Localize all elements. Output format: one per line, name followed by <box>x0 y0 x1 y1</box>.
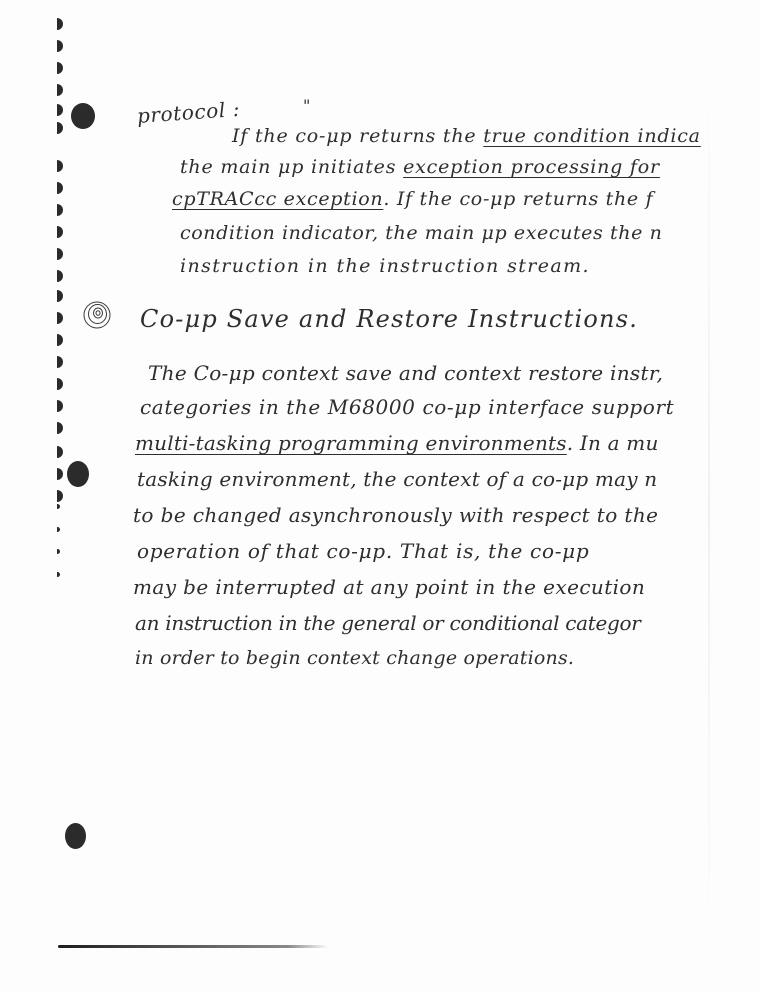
perforation-mark <box>57 422 63 434</box>
perforation-mark <box>57 62 63 74</box>
perforation-mark <box>57 549 60 554</box>
text-segment: an instruction in the general or conditi… <box>135 611 641 635</box>
text-segment: The Co-μp context save and context resto… <box>148 361 663 385</box>
perforation-mark <box>57 182 63 194</box>
section-heading: Co-μp Save and Restore Instructions. <box>140 305 638 333</box>
hole-punch-bottom <box>65 823 86 849</box>
perforation-mark <box>57 400 63 412</box>
underlined-phrase: multi-tasking programming environments <box>135 431 567 455</box>
text-segment: categories in the M68000 co-μp interface… <box>140 395 674 419</box>
spiral-circle-bullet-icon <box>82 300 112 330</box>
text-segment: may be interrupted at any point in the e… <box>133 575 645 599</box>
text-segment: . If the co-μp returns the f <box>383 188 653 210</box>
perforation-mark <box>57 468 63 480</box>
perforation-mark <box>57 270 63 282</box>
perforation-mark <box>57 446 63 458</box>
handwritten-line: condition indicator, the main μp execute… <box>180 222 662 244</box>
perforation-mark <box>57 204 63 216</box>
text-segment: tasking environment, the context of a co… <box>137 467 657 491</box>
handwritten-line: cpTRACcc exception. If the co-μp returns… <box>172 188 653 210</box>
handwritten-line: multi-tasking programming environments. … <box>135 431 659 455</box>
perforation-mark <box>57 290 63 302</box>
text-segment: the main μp initiates <box>180 156 403 178</box>
handwritten-line: may be interrupted at any point in the e… <box>133 575 645 599</box>
handwritten-line: If the co-μp returns the true condition … <box>232 125 701 147</box>
handwritten-line: in order to begin context change operati… <box>135 647 574 669</box>
bottom-margin-line <box>58 945 328 948</box>
perforation-mark <box>57 378 63 390</box>
perforation-mark <box>57 104 63 116</box>
ditto-mark: " <box>303 96 311 115</box>
handwritten-line: instruction in the instruction stream. <box>180 255 590 277</box>
perforation-mark <box>57 40 63 52</box>
perforation-mark <box>57 248 63 260</box>
perforation-mark <box>57 122 63 134</box>
underlined-phrase: true condition indica <box>483 125 701 147</box>
handwritten-line: categories in the M68000 co-μp interface… <box>140 395 674 419</box>
perforation-mark <box>57 84 63 96</box>
perforation-mark <box>57 312 63 324</box>
handwritten-line: operation of that co-μp. That is, the co… <box>137 539 589 563</box>
handwritten-line: to be changed asynchronously with respec… <box>133 503 658 527</box>
perforation-mark <box>57 504 60 509</box>
perforation-mark <box>57 356 63 368</box>
perforation-mark <box>57 527 60 532</box>
handwritten-line: an instruction in the general or conditi… <box>135 611 641 635</box>
underlined-phrase: exception processing for <box>403 156 660 178</box>
perforation-mark <box>57 334 63 346</box>
hole-punch-middle <box>67 461 89 487</box>
perforation-mark <box>57 572 60 577</box>
text-segment: condition indicator, the main μp execute… <box>180 222 662 244</box>
notebook-page: protocol : " If the co-μp returns the tr… <box>0 0 760 991</box>
underlined-phrase: cpTRACcc exception <box>172 188 383 210</box>
handwritten-line: The Co-μp context save and context resto… <box>148 361 663 385</box>
text-segment: . In a mu <box>567 431 659 455</box>
text-segment: If the co-μp returns the <box>232 125 483 147</box>
text-segment: operation of that co-μp. That is, the co… <box>137 539 589 563</box>
text-segment: in order to begin context change operati… <box>135 647 574 669</box>
protocol-label: protocol : <box>136 97 241 128</box>
handwritten-line: tasking environment, the context of a co… <box>137 467 657 491</box>
perforation-mark <box>57 160 63 172</box>
perforation-mark <box>57 226 63 238</box>
scan-shadow <box>708 60 710 960</box>
text-segment: to be changed asynchronously with respec… <box>133 503 658 527</box>
text-segment: instruction in the instruction stream. <box>180 255 590 277</box>
hole-punch-top <box>71 103 95 129</box>
handwritten-line: the main μp initiates exception processi… <box>180 156 660 178</box>
perforation-mark <box>57 18 63 30</box>
perforation-mark <box>57 490 63 502</box>
